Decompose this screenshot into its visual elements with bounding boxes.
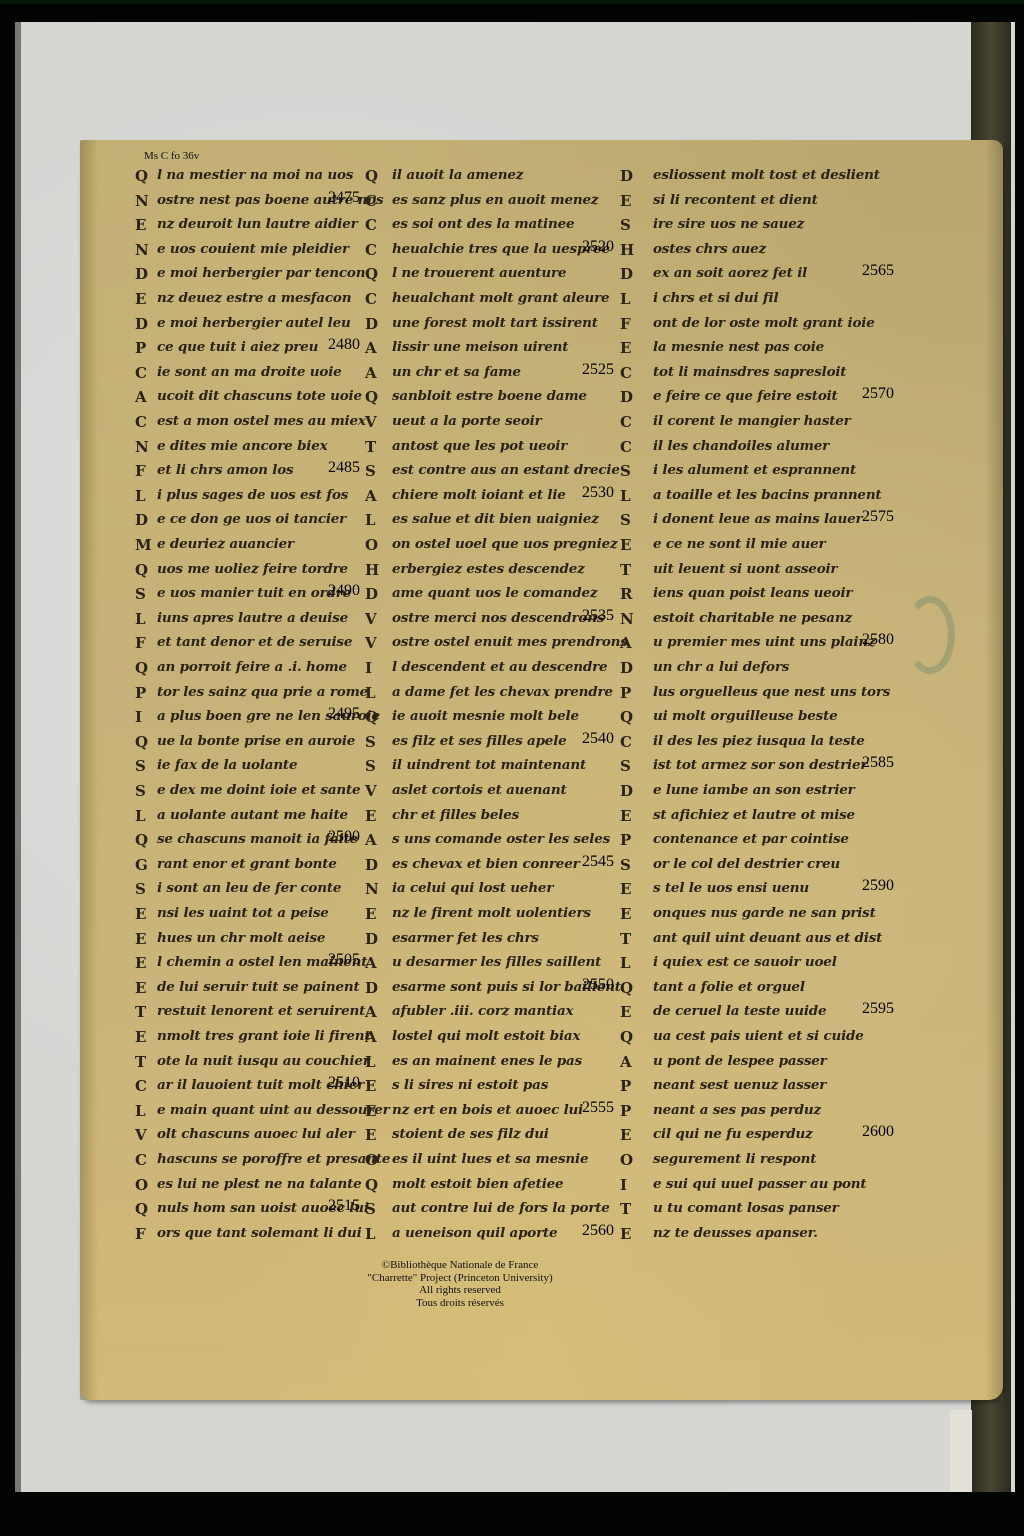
verse-initial: A: [365, 1028, 377, 1046]
verse-initial: C: [135, 1077, 147, 1095]
line-number: 2585: [862, 754, 894, 772]
verse-initial: S: [620, 757, 631, 775]
verse-text: i plus sages de uos est fos: [157, 487, 348, 502]
verse-initial: A: [620, 634, 632, 652]
verse-initial: Q: [365, 708, 378, 726]
verse-initial: V: [365, 413, 377, 431]
verse-text: uos me uoliez feire tordre: [157, 561, 348, 576]
verse-text: ostes chrs auez: [653, 241, 766, 256]
verse-text: ce que tuit i aiez preu: [157, 340, 318, 355]
verse-text: tant a folie et orguel: [653, 979, 805, 994]
verse-text: ist tot armez sor son destrier: [653, 758, 867, 773]
verse-text: une forest molt tart issirent: [392, 315, 598, 330]
verse-initial: F: [135, 634, 146, 652]
verse-text: estoit charitable ne pesanz: [653, 610, 852, 625]
verse-text: il corent le mangier haster: [653, 413, 851, 428]
verse-text: aslet cortois et auenant: [392, 782, 567, 797]
line-number: 2490: [328, 582, 360, 600]
verse-initial: L: [365, 1225, 376, 1243]
verse-text: un chr et sa fame: [392, 364, 521, 379]
verse-initial: O: [365, 536, 378, 554]
verse-text: erbergiez estes descendez: [392, 561, 585, 576]
verse-initial: Q: [135, 1200, 148, 1218]
verse-initial: A: [365, 1003, 377, 1021]
verse-text: contenance et par cointise: [653, 832, 849, 847]
verse-initial: L: [135, 1102, 146, 1120]
verse-initial: E: [620, 1003, 631, 1021]
verse-text: ostre ostel enuit mes prendrons: [392, 635, 628, 650]
verse-text: i donent leue as mains lauer: [653, 512, 862, 527]
verse-initial: E: [135, 905, 146, 923]
verse-text: ire sire uos ne sauez: [653, 217, 804, 232]
verse-initial: S: [135, 880, 146, 898]
top-border: [0, 0, 1024, 4]
verse-initial: L: [365, 684, 376, 702]
line-number: 2555: [582, 1099, 614, 1117]
verse-initial: E: [135, 216, 146, 234]
verse-text: neant sest uenuz lasser: [653, 1078, 826, 1093]
verse-text: aut contre lui de fors la porte: [392, 1201, 610, 1216]
copyright-notice: ©Bibliothèque Nationale de France "Charr…: [330, 1259, 590, 1309]
verse-text: tor les sainz qua prie a rome: [157, 684, 368, 699]
verse-text: ue la bonte prise en auroie: [157, 733, 355, 748]
verse-text: e moi herbergier autel leu: [157, 315, 351, 330]
verse-initial: I: [135, 708, 142, 726]
verse-text: e uos manier tuit en ordre: [157, 586, 351, 601]
verse-initial: Q: [135, 831, 148, 849]
verse-text: olt chascuns auoec lui aler: [157, 1127, 355, 1142]
verse-text: e sui qui uuel passer au pont: [653, 1176, 866, 1191]
verse-text: il des les piez iusqua la teste: [653, 733, 865, 748]
verse-text: hues un chr molt aeise: [157, 930, 325, 945]
verse-initial: N: [620, 610, 634, 628]
verse-text: ucoit dit chascuns tote uoie: [157, 389, 362, 404]
verse-initial: O: [620, 1151, 633, 1169]
verse-text: si li recontent et dient: [653, 192, 818, 207]
verse-text: u tu comant losas panser: [653, 1201, 839, 1216]
verse-initial: C: [135, 1151, 147, 1169]
verse-initial: S: [620, 462, 631, 480]
verse-text: es soi ont des la matinee: [392, 217, 574, 232]
line-number: 2540: [582, 730, 614, 748]
verse-text: es lui ne plest ne na talante: [157, 1176, 362, 1191]
verse-initial: E: [620, 339, 631, 357]
verse-text: cil qui ne fu esperduz: [653, 1127, 813, 1142]
verse-initial: G: [135, 856, 148, 874]
folio-right-edge: [985, 140, 1003, 1400]
verse-initial: S: [135, 757, 146, 775]
verse-text: hascuns se poroffre et presante: [157, 1151, 390, 1166]
verse-text: ua cest pais uient et si cuide: [653, 1028, 864, 1043]
verse-text: st afichiez et lautre ot mise: [653, 807, 855, 822]
verse-text: s uns comande oster les seles: [392, 832, 610, 847]
verse-initial: N: [135, 241, 149, 259]
verse-initial: D: [620, 659, 633, 677]
verse-text: il uindrent tot maintenant: [392, 758, 586, 773]
verse-initial: O: [135, 1176, 148, 1194]
verse-text: nz le firent molt uolentiers: [392, 905, 591, 920]
verse-text: nmolt tres grant ioie li firent: [157, 1028, 370, 1043]
verse-initial: S: [365, 1200, 376, 1218]
verse-text: ie auoit mesnie molt bele: [392, 709, 579, 724]
verse-initial: D: [620, 388, 633, 406]
verse-text: lus orguelleus que nest uns tors: [653, 684, 890, 699]
verse-initial: E: [620, 536, 631, 554]
verse-initial: V: [365, 610, 377, 628]
verse-initial: S: [135, 585, 146, 603]
verse-initial: F: [135, 462, 146, 480]
verse-text: lostel qui molt estoit biax: [392, 1028, 580, 1043]
verse-initial: C: [620, 438, 632, 456]
verse-text: est contre aus an estant drecie: [392, 463, 620, 478]
verse-initial: S: [365, 757, 376, 775]
verse-text: iuns apres lautre a deuise: [157, 610, 348, 625]
verse-initial: D: [135, 511, 148, 529]
verse-text: i chrs et si dui fil: [653, 290, 778, 305]
verse-initial: E: [620, 1225, 631, 1243]
verse-text: iens quan poist leans ueoir: [653, 586, 852, 601]
verse-text: molt estoit bien afetiee: [392, 1176, 563, 1191]
verse-initial: C: [620, 413, 632, 431]
verse-text: heualchie tres que la uespree: [392, 241, 610, 256]
verse-text: e ce ne sont il mie auer: [653, 536, 825, 551]
line-number: 2530: [582, 484, 614, 502]
verse-initial: P: [620, 1077, 631, 1095]
verse-text: esarmer fet les chrs: [392, 930, 539, 945]
verse-text: e ce don ge uos oi tancier: [157, 512, 346, 527]
line-number: 2500: [328, 828, 360, 846]
line-number: 2590: [862, 877, 894, 895]
line-number: 2515: [328, 1197, 360, 1215]
verse-text: es filz et ses filles apele: [392, 733, 567, 748]
verse-initial: Q: [135, 733, 148, 751]
line-number: 2475: [328, 189, 360, 207]
verse-text: e main quant uint au dessourer: [157, 1102, 390, 1117]
verse-text: s tel le uos ensi uenu: [653, 881, 809, 896]
verse-text: u pont de lespee passer: [653, 1053, 827, 1068]
verse-text: l ne trouerent auenture: [392, 266, 566, 281]
verse-initial: Q: [135, 659, 148, 677]
verse-initial: A: [135, 388, 147, 406]
verse-initial: L: [135, 610, 146, 628]
verse-text: a dame fet les chevax prendre: [392, 684, 613, 699]
verse-text: de ceruel la teste uuide: [653, 1004, 826, 1019]
verse-initial: A: [365, 364, 377, 382]
verse-initial: L: [620, 290, 631, 308]
verse-text: e feire ce que feire estoit: [653, 389, 838, 404]
verse-initial: C: [365, 290, 377, 308]
verse-text: an porroit feire a .i. home: [157, 659, 347, 674]
verse-text: e moi herbergier par tencon: [157, 266, 365, 281]
verse-text: ors que tant solemant li dui: [157, 1225, 362, 1240]
verse-initial: D: [620, 167, 633, 185]
verse-initial: E: [365, 1102, 376, 1120]
verse-text: s li sires ni estoit pas: [392, 1078, 548, 1093]
verse-text: a uolante autant me haite: [157, 807, 348, 822]
verse-initial: T: [620, 1200, 631, 1218]
verse-initial: Q: [135, 561, 148, 579]
verse-text: es il uint lues et sa mesnie: [392, 1151, 588, 1166]
verse-initial: P: [135, 339, 146, 357]
verse-text: i les alument et esprannent: [653, 463, 856, 478]
verse-initial: Q: [365, 167, 378, 185]
line-number: 2510: [328, 1074, 360, 1092]
verse-initial: Q: [135, 167, 148, 185]
verse-initial: N: [365, 880, 379, 898]
line-number: 2525: [582, 361, 614, 379]
verse-initial: L: [620, 954, 631, 972]
verse-text: i quiex est ce sauoir uoel: [653, 955, 837, 970]
verse-initial: M: [135, 536, 152, 554]
line-number: 2595: [862, 1000, 894, 1018]
verse-initial: D: [365, 930, 378, 948]
verse-initial: S: [620, 511, 631, 529]
binding-light-strip: [950, 1410, 972, 1492]
verse-initial: T: [135, 1003, 146, 1021]
verse-text: u premier mes uint uns plainz: [653, 635, 875, 650]
verse-initial: L: [620, 487, 631, 505]
verse-initial: E: [620, 905, 631, 923]
verse-initial: L: [135, 807, 146, 825]
verse-text: nz ert en bois et auoec lui: [392, 1102, 583, 1117]
verse-text: e lune iambe an son estrier: [653, 782, 855, 797]
line-number: 2535: [582, 607, 614, 625]
verse-text: ame quant uos le comandez: [392, 586, 597, 601]
verse-text: l na mestier na moi na uos: [157, 167, 353, 182]
verse-text: nz deuez estre a mesfacon: [157, 290, 351, 305]
verse-initial: E: [135, 1028, 146, 1046]
verse-initial: L: [365, 511, 376, 529]
verse-text: a ueneison quil aporte: [392, 1225, 557, 1240]
verse-initial: D: [620, 265, 633, 283]
verse-initial: D: [365, 585, 378, 603]
verse-initial: S: [620, 856, 631, 874]
verse-initial: T: [135, 1053, 146, 1071]
verse-initial: E: [135, 979, 146, 997]
copyright-line-3: All rights reserved: [330, 1284, 590, 1297]
verse-text: ui molt orguilleuse beste: [653, 709, 838, 724]
verse-initial: C: [620, 733, 632, 751]
verse-initial: D: [365, 979, 378, 997]
verse-text: ie sont an ma droite uoie: [157, 364, 342, 379]
verse-text: restuit lenorent et seruirent: [157, 1004, 365, 1019]
verse-initial: E: [620, 807, 631, 825]
verse-text: afubler .iii. corz mantiax: [392, 1004, 573, 1019]
verse-text: rant enor et grant bonte: [157, 856, 337, 871]
verse-initial: H: [365, 561, 379, 579]
verse-initial: I: [620, 1176, 627, 1194]
line-number: 2485: [328, 459, 360, 477]
line-number: 2545: [582, 853, 614, 871]
verse-initial: D: [135, 265, 148, 283]
verse-text: la mesnie nest pas coie: [653, 340, 824, 355]
verse-initial: T: [365, 438, 376, 456]
verse-initial: V: [365, 634, 377, 652]
verse-text: a toaille et les bacins prannent: [653, 487, 881, 502]
verse-initial: V: [135, 1126, 147, 1144]
verse-initial: L: [135, 487, 146, 505]
line-number: 2495: [328, 705, 360, 723]
line-number: 2570: [862, 385, 894, 403]
verse-text: esliossent molt tost et deslient: [653, 167, 880, 182]
verse-text: uit leuent si uont asseoir: [653, 561, 837, 576]
verse-initial: A: [365, 831, 377, 849]
verse-text: chiere molt ioiant et lie: [392, 487, 566, 502]
verse-initial: D: [365, 315, 378, 333]
verse-initial: C: [365, 216, 377, 234]
verse-initial: D: [365, 856, 378, 874]
verse-text: un chr a lui defors: [653, 659, 789, 674]
verse-text: sanbloit estre boene dame: [392, 389, 587, 404]
line-number: 2480: [328, 336, 360, 354]
verse-initial: R: [620, 585, 632, 603]
mount-left-edge: [15, 22, 21, 1492]
verse-text: nz te deusses apanser.: [653, 1225, 818, 1240]
verse-text: tot li mainsdres sapresloit: [653, 364, 846, 379]
verse-text: de lui seruir tuit se painent: [157, 979, 360, 994]
verse-initial: E: [135, 954, 146, 972]
verse-initial: D: [620, 782, 633, 800]
verse-text: ex an soit aorez fet il: [653, 266, 807, 281]
verse-text: or le col del destrier creu: [653, 856, 840, 871]
verse-initial: E: [365, 807, 376, 825]
verse-initial: S: [365, 733, 376, 751]
verse-text: onques nus garde ne san prist: [653, 905, 876, 920]
verse-text: e dites mie ancore biex: [157, 438, 327, 453]
verse-initial: E: [135, 930, 146, 948]
verse-text: et tant denor et de seruise: [157, 635, 352, 650]
verse-text: ont de lor oste molt grant ioie: [653, 315, 875, 330]
verse-text: segurement li respont: [653, 1151, 816, 1166]
verse-text: stoient de ses filz dui: [392, 1127, 549, 1142]
verse-initial: N: [135, 192, 149, 210]
verse-initial: P: [620, 831, 631, 849]
verse-text: i sont an leu de fer conte: [157, 881, 341, 896]
verse-text: e dex me doint ioie et sante: [157, 782, 360, 797]
verse-initial: P: [135, 684, 146, 702]
verse-text: antost que les pot ueoir: [392, 438, 567, 453]
verse-initial: E: [365, 1077, 376, 1095]
verse-initial: E: [365, 1126, 376, 1144]
verse-initial: A: [365, 487, 377, 505]
verse-initial: Q: [365, 1176, 378, 1194]
verse-initial: C: [135, 413, 147, 431]
verse-initial: O: [365, 1151, 378, 1169]
line-number: 2580: [862, 631, 894, 649]
verse-initial: E: [620, 192, 631, 210]
line-number: 2560: [582, 1222, 614, 1240]
verse-text: ueut a la porte seoir: [392, 413, 542, 428]
line-number: 2575: [862, 508, 894, 526]
verse-initial: T: [620, 930, 631, 948]
line-number: 2550: [582, 976, 614, 994]
verse-initial: D: [135, 315, 148, 333]
verse-text: chr et filles beles: [392, 807, 519, 822]
verse-initial: V: [365, 782, 377, 800]
verse-initial: H: [620, 241, 634, 259]
verse-initial: C: [365, 192, 377, 210]
verse-initial: C: [620, 364, 632, 382]
verse-text: lissir une meison uirent: [392, 340, 568, 355]
verse-text: es an mainent enes le pas: [392, 1053, 582, 1068]
verse-text: nz deuroit lun lautre aidier: [157, 217, 358, 232]
verse-initial: F: [620, 315, 631, 333]
line-number: 2600: [862, 1123, 894, 1141]
copyright-line-2: "Charrette" Project (Princeton Universit…: [330, 1272, 590, 1285]
verse-initial: S: [365, 462, 376, 480]
verse-text: ote la nuit iusqu au couchier: [157, 1053, 370, 1068]
verse-text: ia celui qui lost ueher: [392, 881, 553, 896]
verse-initial: Q: [365, 388, 378, 406]
verse-text: nsi les uaint tot a peise: [157, 905, 329, 920]
verse-initial: C: [365, 241, 377, 259]
verse-text: e deuriez auancier: [157, 536, 294, 551]
verse-initial: Q: [620, 979, 633, 997]
decorated-initial-ghost: [905, 596, 955, 674]
verse-initial: C: [135, 364, 147, 382]
verse-initial: A: [620, 1053, 632, 1071]
line-number: 2520: [582, 238, 614, 256]
verse-initial: E: [365, 905, 376, 923]
verse-initial: Q: [620, 1028, 633, 1046]
verse-text: on ostel uoel que uos pregniez: [392, 536, 617, 551]
verse-text: es salue et dit bien uaigniez: [392, 512, 599, 527]
verse-text: est a mon ostel mes au miex: [157, 413, 366, 428]
verse-text: ie fax de la uolante: [157, 758, 297, 773]
verse-initial: E: [620, 880, 631, 898]
verse-initial: I: [365, 659, 372, 677]
folio-gutter-shadow: [80, 140, 98, 1400]
copyright-line-4: Tous droits réservés: [330, 1297, 590, 1310]
verse-text: ant quil uint deuant aus et dist: [653, 930, 882, 945]
verse-text: es sanz plus en auoit menez: [392, 192, 598, 207]
verse-text: e uos couient mie pleidier: [157, 241, 349, 256]
verse-text: et li chrs amon los: [157, 463, 293, 478]
verse-initial: A: [365, 339, 377, 357]
verse-initial: P: [620, 684, 631, 702]
verse-text: heualchant molt grant aleure: [392, 290, 609, 305]
folio-label: Ms C fo 36v: [144, 150, 199, 162]
verse-initial: S: [135, 782, 146, 800]
verse-initial: S: [620, 216, 631, 234]
verse-text: l descendent et au descendre: [392, 659, 607, 674]
line-number: 2565: [862, 262, 894, 280]
verse-initial: P: [620, 1102, 631, 1120]
verse-text: il les chandoiles alumer: [653, 438, 829, 453]
verse-initial: L: [365, 1053, 376, 1071]
verse-initial: Q: [620, 708, 633, 726]
verse-text: u desarmer les filles saillent: [392, 955, 601, 970]
verse-text: ostre merci nos descendrons: [392, 610, 604, 625]
verse-initial: T: [620, 561, 631, 579]
line-number: 2505: [328, 951, 360, 969]
verse-initial: F: [135, 1225, 146, 1243]
verse-initial: Q: [365, 265, 378, 283]
copyright-line-1: ©Bibliothèque Nationale de France: [330, 1259, 590, 1272]
verse-text: es chevax et bien conreer: [392, 856, 580, 871]
verse-initial: E: [135, 290, 146, 308]
verse-text: neant a ses pas perduz: [653, 1102, 821, 1117]
verse-text: il auoit la amenez: [392, 167, 523, 182]
verse-initial: N: [135, 438, 149, 456]
verse-initial: A: [365, 954, 377, 972]
verse-initial: E: [620, 1126, 631, 1144]
